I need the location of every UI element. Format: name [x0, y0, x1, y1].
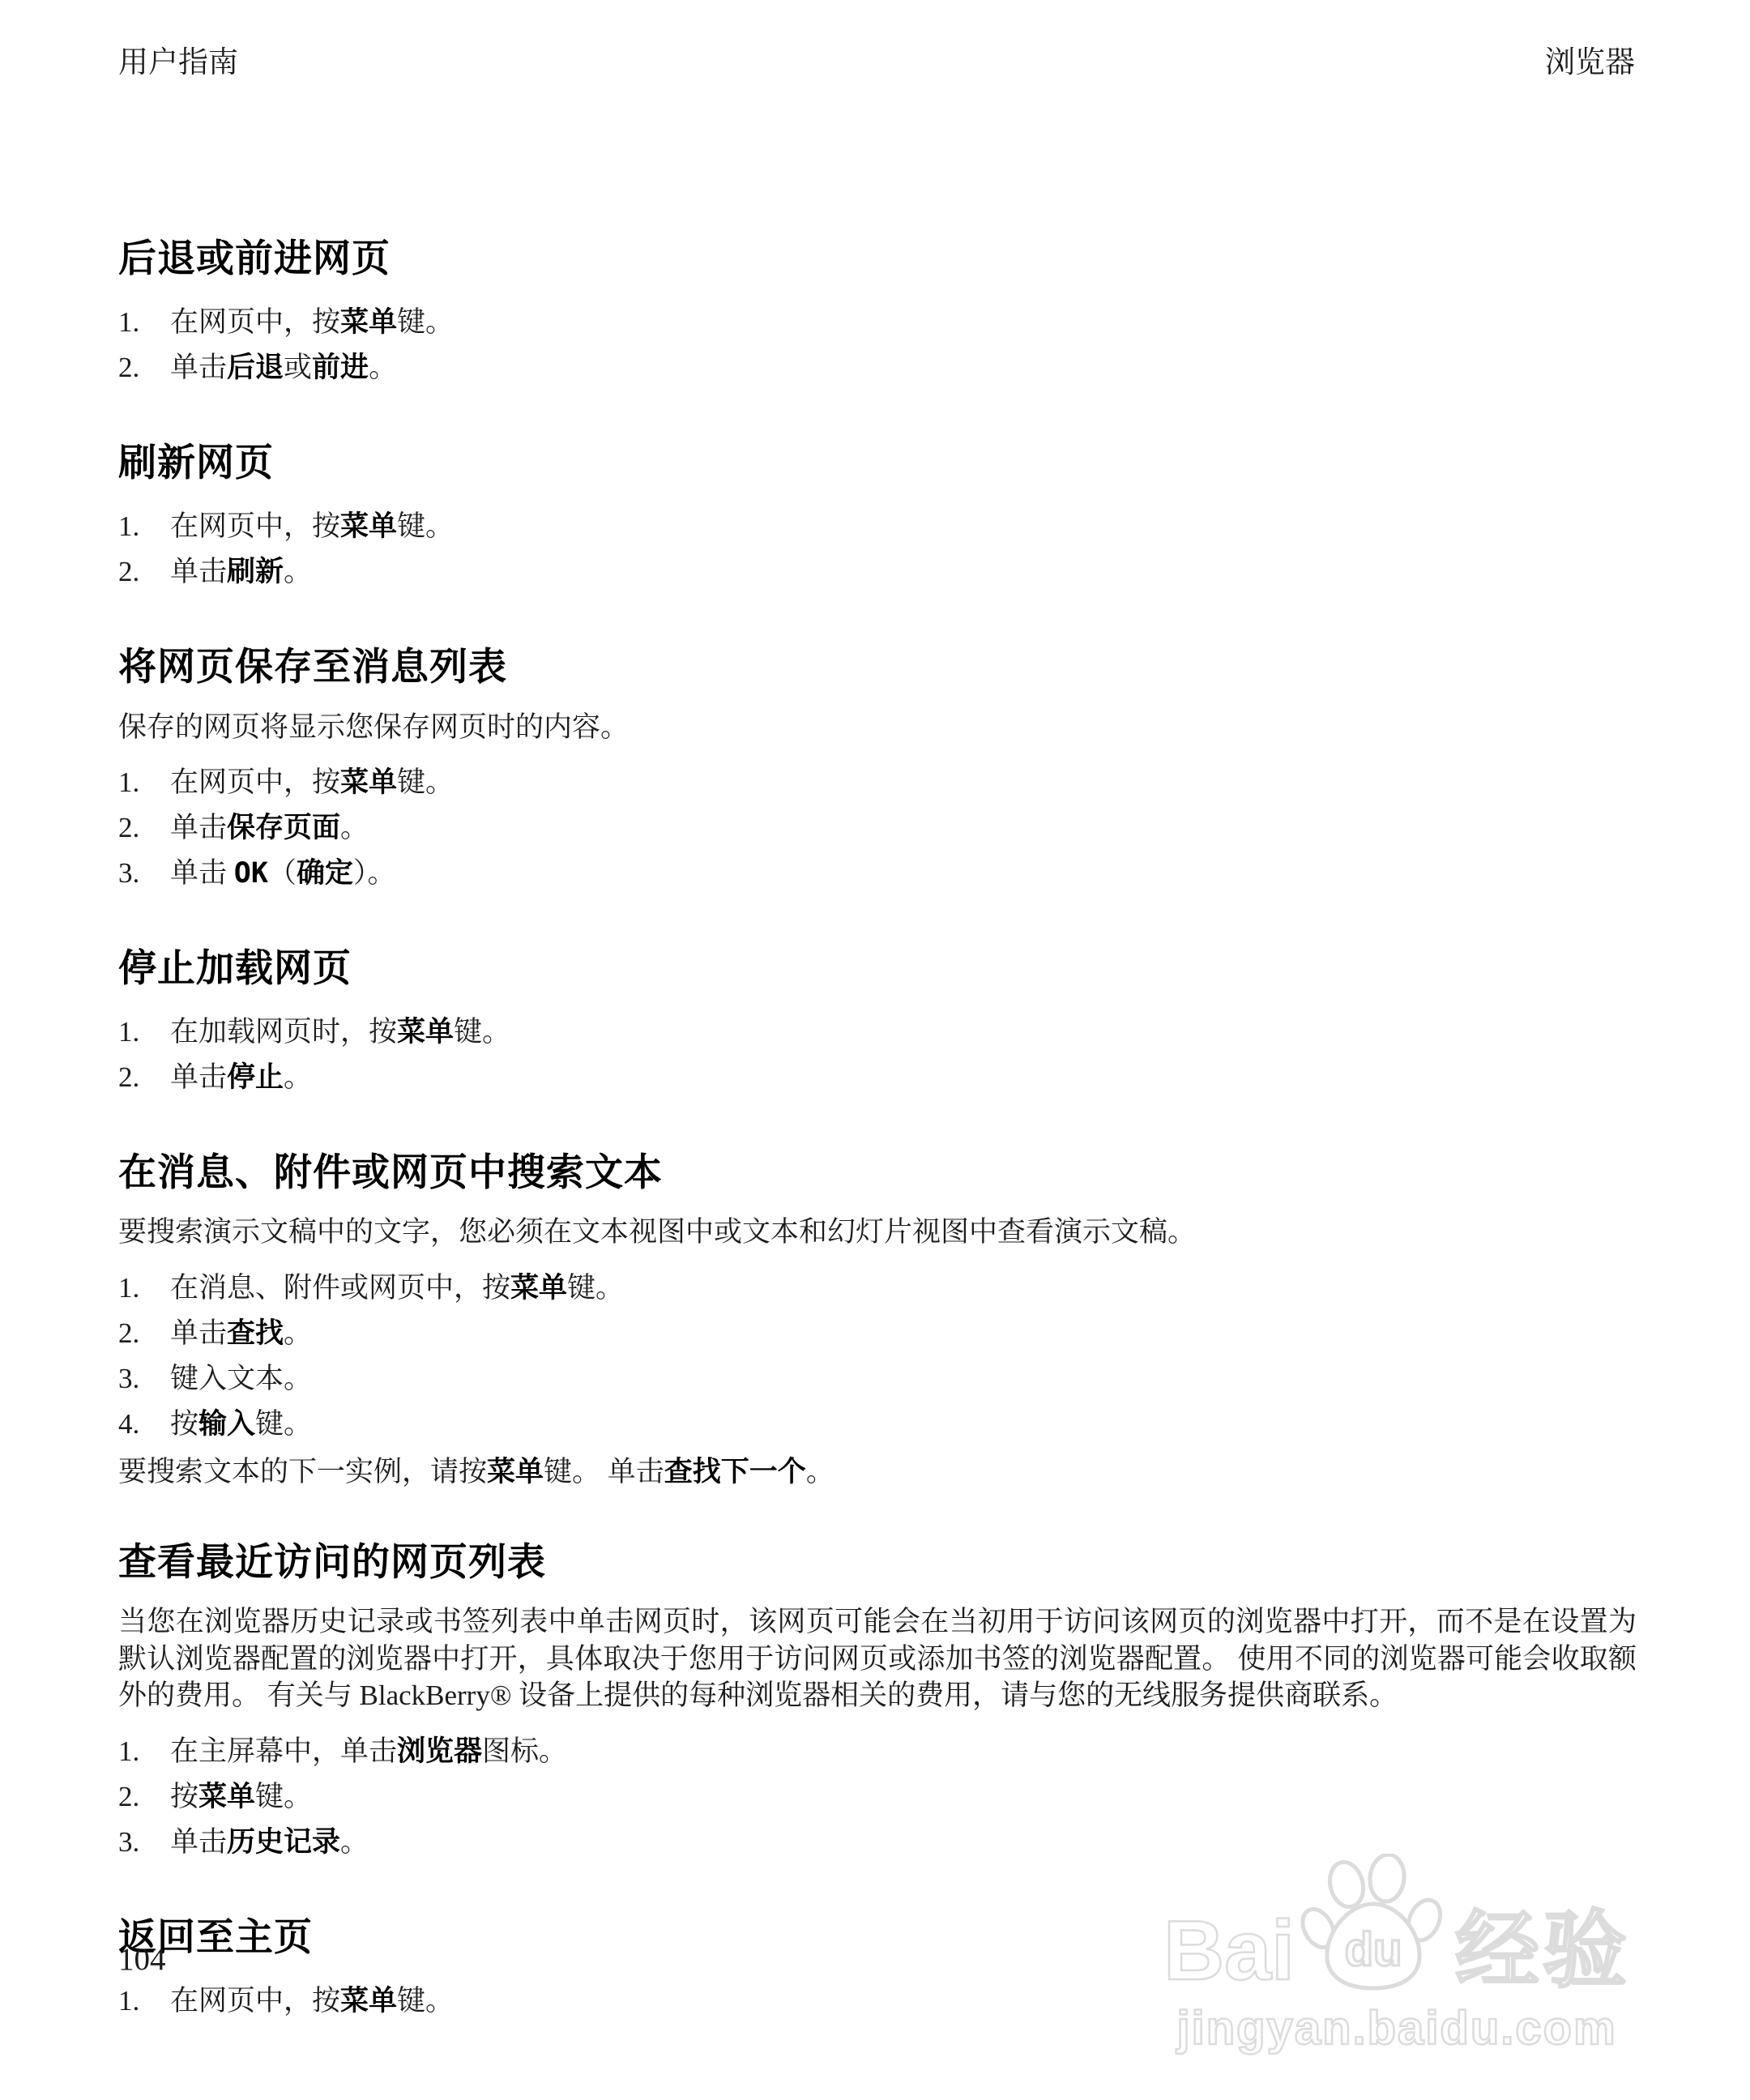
- step-text: 在消息、附件或网页中，按菜单键。: [170, 1266, 624, 1311]
- section-title: 在消息、附件或网页中搜索文本: [118, 1150, 1637, 1194]
- step-item: 4.按输入键。: [118, 1402, 1637, 1447]
- section-paragraph: 要搜索演示文稿中的文字，您必须在文本视图中或文本和幻灯片视图中查看演示文稿。: [118, 1214, 1637, 1251]
- emphasis-text: 菜单: [340, 306, 397, 338]
- body-text: 键。: [397, 766, 454, 798]
- step-number: 1.: [118, 1266, 170, 1311]
- emphasis-text: OK: [234, 857, 268, 890]
- document-body: 后退或前进网页1.在网页中，按菜单键。2.单击后退或前进。刷新网页1.在网页中，…: [0, 81, 1750, 2023]
- step-text: 在主屏幕中，单击浏览器图标。: [170, 1729, 567, 1774]
- body-text: 单击: [170, 1826, 227, 1858]
- step-item: 2.单击后退或前进。: [118, 345, 1637, 391]
- step-number: 2.: [118, 345, 170, 391]
- body-text: 。: [340, 1826, 369, 1858]
- section-paragraph: 保存的网页将显示您保存网页时的内容。: [118, 709, 1637, 746]
- step-number: 4.: [118, 1402, 170, 1447]
- page-header: 用户指南 浏览器: [0, 0, 1750, 81]
- page-number: 104: [118, 1941, 166, 1978]
- step-number: 3.: [118, 851, 170, 896]
- step-item: 1.在主屏幕中，单击浏览器图标。: [118, 1729, 1637, 1774]
- emphasis-text: 刷新: [227, 556, 284, 587]
- body-text: 在网页中，按: [170, 306, 340, 338]
- step-text: 单击后退或前进。: [170, 345, 397, 391]
- emphasis-text: 菜单: [487, 1456, 544, 1487]
- step-list: 1.在网页中，按菜单键。2.单击刷新。: [118, 504, 1637, 595]
- step-text: 按菜单键。: [170, 1774, 312, 1820]
- emphasis-text: 菜单: [340, 1985, 397, 2017]
- step-text: 单击保存页面。: [170, 805, 369, 851]
- step-list: 1.在加载网页时，按菜单键。2.单击停止。: [118, 1009, 1637, 1100]
- emphasis-text: 菜单: [340, 766, 397, 798]
- body-text: 单击: [170, 1061, 227, 1093]
- sections: 后退或前进网页1.在网页中，按菜单键。2.单击后退或前进。刷新网页1.在网页中，…: [118, 237, 1637, 2023]
- step-list: 1.在主屏幕中，单击浏览器图标。2.按菜单键。3.单击历史记录。: [118, 1729, 1637, 1865]
- step-number: 2.: [118, 805, 170, 851]
- step-text: 键入文本。: [170, 1356, 312, 1402]
- body-text: 键。: [255, 1408, 312, 1440]
- step-text: 单击刷新。: [170, 549, 312, 595]
- emphasis-text: 菜单: [397, 1016, 454, 1048]
- section: 后退或前进网页1.在网页中，按菜单键。2.单击后退或前进。: [118, 237, 1637, 391]
- body-text: 键。: [567, 1272, 624, 1304]
- body-text: 要搜索文本的下一实例，请按: [118, 1456, 487, 1487]
- step-item: 2.单击查找。: [118, 1311, 1637, 1356]
- step-item: 2.按菜单键。: [118, 1774, 1637, 1820]
- body-text: 键。: [454, 1016, 510, 1048]
- emphasis-text: 查找下一个: [664, 1456, 806, 1487]
- emphasis-text: 前进: [312, 352, 369, 383]
- body-text: 单击: [170, 352, 227, 383]
- step-item: 2.单击保存页面。: [118, 805, 1637, 851]
- body-text: 按: [170, 1781, 198, 1812]
- body-text: 。: [284, 1061, 312, 1093]
- step-text: 单击历史记录。: [170, 1820, 369, 1865]
- section-title: 查看最近访问的网页列表: [118, 1540, 1637, 1584]
- step-number: 2.: [118, 1311, 170, 1356]
- step-list: 1.在消息、附件或网页中，按菜单键。2.单击查找。3.键入文本。4.按输入键。: [118, 1266, 1637, 1447]
- body-text: 单击: [170, 857, 234, 889]
- body-text: 单击: [170, 1317, 227, 1349]
- step-list: 1.在网页中，按菜单键。2.单击保存页面。3.单击 OK（确定）。: [118, 760, 1637, 896]
- body-text: 保存的网页将显示您保存网页时的内容。: [118, 711, 629, 743]
- step-item: 2.单击刷新。: [118, 549, 1637, 595]
- emphasis-text: 菜单: [198, 1781, 255, 1812]
- body-text: 在网页中，按: [170, 510, 340, 542]
- body-text: 或: [284, 352, 312, 383]
- body-text: ）。: [353, 857, 396, 889]
- body-text: 在加载网页时，按: [170, 1016, 397, 1048]
- body-text: 。: [284, 1317, 312, 1349]
- step-text: 在加载网页时，按菜单键。: [170, 1009, 510, 1055]
- body-text: 在网页中，按: [170, 766, 340, 798]
- step-number: 2.: [118, 549, 170, 595]
- step-text: 在网页中，按菜单键。: [170, 300, 454, 345]
- body-text: 要搜索演示文稿中的文字，您必须在文本视图中或文本和幻灯片视图中查看演示文稿。: [118, 1216, 1196, 1248]
- body-text: 单击: [170, 556, 227, 587]
- body-text: 单击: [170, 812, 227, 843]
- emphasis-text: 菜单: [340, 510, 397, 542]
- section-title: 将网页保存至消息列表: [118, 645, 1637, 689]
- step-item: 1.在消息、附件或网页中，按菜单键。: [118, 1266, 1637, 1311]
- emphasis-text: 后退: [227, 352, 284, 383]
- watermark-bai-text: Bai: [1163, 1909, 1295, 2000]
- watermark-jingyan-text: 经验: [1455, 1909, 1630, 2000]
- emphasis-text: 输入: [198, 1408, 255, 1440]
- step-item: 1.在网页中，按菜单键。: [118, 760, 1637, 805]
- emphasis-text: 菜单: [510, 1272, 567, 1304]
- body-text: 在网页中，按: [170, 1985, 340, 2017]
- section: 刷新网页1.在网页中，按菜单键。2.单击刷新。: [118, 441, 1637, 595]
- body-text: 键入文本。: [170, 1363, 312, 1394]
- body-text: 键。: [255, 1781, 312, 1812]
- body-text: 键。: [397, 510, 454, 542]
- emphasis-text: 历史记录: [227, 1826, 340, 1858]
- step-item: 1.在网页中，按菜单键。: [118, 300, 1637, 345]
- body-text: 在消息、附件或网页中，按: [170, 1272, 510, 1304]
- step-item: 3.单击 OK（确定）。: [118, 851, 1637, 896]
- body-text: 在主屏幕中，单击: [170, 1735, 397, 1767]
- step-text: 在网页中，按菜单键。: [170, 1978, 454, 2024]
- body-text: 键。: [397, 306, 454, 338]
- step-number: 3.: [118, 1356, 170, 1402]
- step-item: 3.键入文本。: [118, 1356, 1637, 1402]
- step-number: 2.: [118, 1055, 170, 1100]
- watermark-url: jingyan.baidu.com: [1163, 2001, 1630, 2055]
- step-list: 1.在网页中，按菜单键。2.单击后退或前进。: [118, 300, 1637, 391]
- step-number: 1.: [118, 504, 170, 549]
- body-text: 。: [806, 1456, 834, 1487]
- body-text: 当您在浏览器历史记录或书签列表中单击网页时，该网页可能会在当初用于访问该网页的浏…: [118, 1606, 1637, 1711]
- step-number: 1.: [118, 1009, 170, 1055]
- body-text: 。: [284, 556, 312, 587]
- emphasis-text: 查找: [227, 1317, 284, 1349]
- running-head-right: 浏览器: [1545, 45, 1635, 81]
- step-text: 单击查找。: [170, 1311, 312, 1356]
- section-title: 刷新网页: [118, 441, 1637, 484]
- section-paragraph: 当您在浏览器历史记录或书签列表中单击网页时，该网页可能会在当初用于访问该网页的浏…: [118, 1603, 1637, 1714]
- step-number: 1.: [118, 1729, 170, 1774]
- body-text: 图标。: [482, 1735, 567, 1767]
- section: 将网页保存至消息列表保存的网页将显示您保存网页时的内容。1.在网页中，按菜单键。…: [118, 645, 1637, 896]
- section: 查看最近访问的网页列表当您在浏览器历史记录或书签列表中单击网页时，该网页可能会在…: [118, 1540, 1637, 1865]
- emphasis-text: 停止: [227, 1061, 284, 1093]
- emphasis-text: 保存页面: [227, 812, 340, 843]
- step-number: 1.: [118, 760, 170, 805]
- section: 停止加载网页1.在加载网页时，按菜单键。2.单击停止。: [118, 946, 1637, 1100]
- step-text: 按输入键。: [170, 1402, 312, 1447]
- watermark-logo-row: Bai du 经验: [1163, 1854, 1630, 2000]
- step-number: 3.: [118, 1820, 170, 1865]
- step-item: 2.单击停止。: [118, 1055, 1637, 1100]
- baidu-paw-icon: du: [1296, 1854, 1450, 2008]
- emphasis-text: 浏览器: [397, 1735, 482, 1767]
- section-paragraph: 要搜索文本的下一实例，请按菜单键。 单击查找下一个。: [118, 1453, 1637, 1491]
- body-text: 。: [369, 352, 397, 383]
- section-title: 后退或前进网页: [118, 237, 1637, 280]
- body-text: 键。 单击: [544, 1456, 664, 1487]
- body-text: 键。: [397, 1985, 454, 2017]
- body-text: 。: [340, 812, 369, 843]
- running-head-left: 用户指南: [118, 45, 238, 81]
- step-number: 1.: [118, 300, 170, 345]
- step-text: 在网页中，按菜单键。: [170, 504, 454, 549]
- emphasis-text: 确定: [297, 857, 353, 889]
- baidu-jingyan-watermark: Bai du 经验 jingyan.baidu.com: [1163, 1854, 1630, 2055]
- step-number: 2.: [118, 1774, 170, 1820]
- step-text: 在网页中，按菜单键。: [170, 760, 454, 805]
- section-title: 停止加载网页: [118, 946, 1637, 990]
- step-number: 1.: [118, 1978, 170, 2024]
- watermark-du-text: du: [1345, 1923, 1402, 1976]
- body-text: 按: [170, 1408, 198, 1440]
- body-text: （: [268, 857, 297, 889]
- step-item: 1.在加载网页时，按菜单键。: [118, 1009, 1637, 1055]
- step-text: 单击 OK（确定）。: [170, 851, 395, 896]
- section: 在消息、附件或网页中搜索文本要搜索演示文稿中的文字，您必须在文本视图中或文本和幻…: [118, 1150, 1637, 1490]
- step-item: 1.在网页中，按菜单键。: [118, 504, 1637, 549]
- step-text: 单击停止。: [170, 1055, 312, 1100]
